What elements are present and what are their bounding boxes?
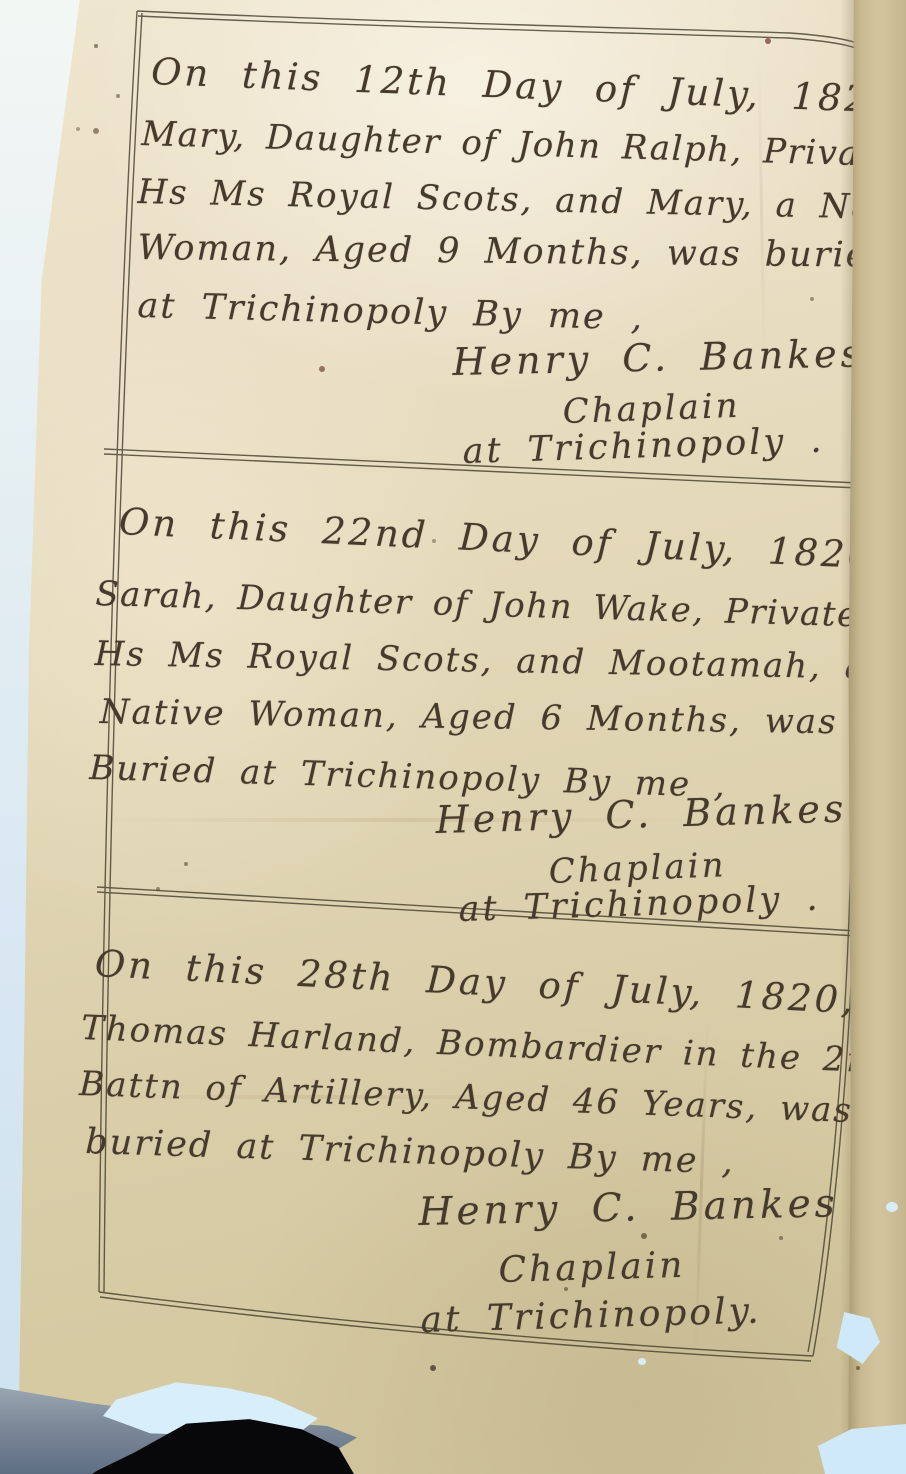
tear-highlight (638, 1358, 646, 1365)
ink-specks (94, 44, 98, 48)
signature-title: Chaplain (498, 1245, 686, 1291)
entry-line: Woman, Aged 9 Months, was buried (138, 228, 893, 276)
signature-name: Henry C. Bankes (418, 1181, 839, 1235)
torn-edge-right (848, 0, 906, 1474)
tear-highlight (886, 1202, 898, 1212)
register-page-scan: On this 12th Day of July, 1820, Mary, Da… (0, 0, 906, 1474)
signature-name: Henry C. Bankes (452, 331, 865, 384)
